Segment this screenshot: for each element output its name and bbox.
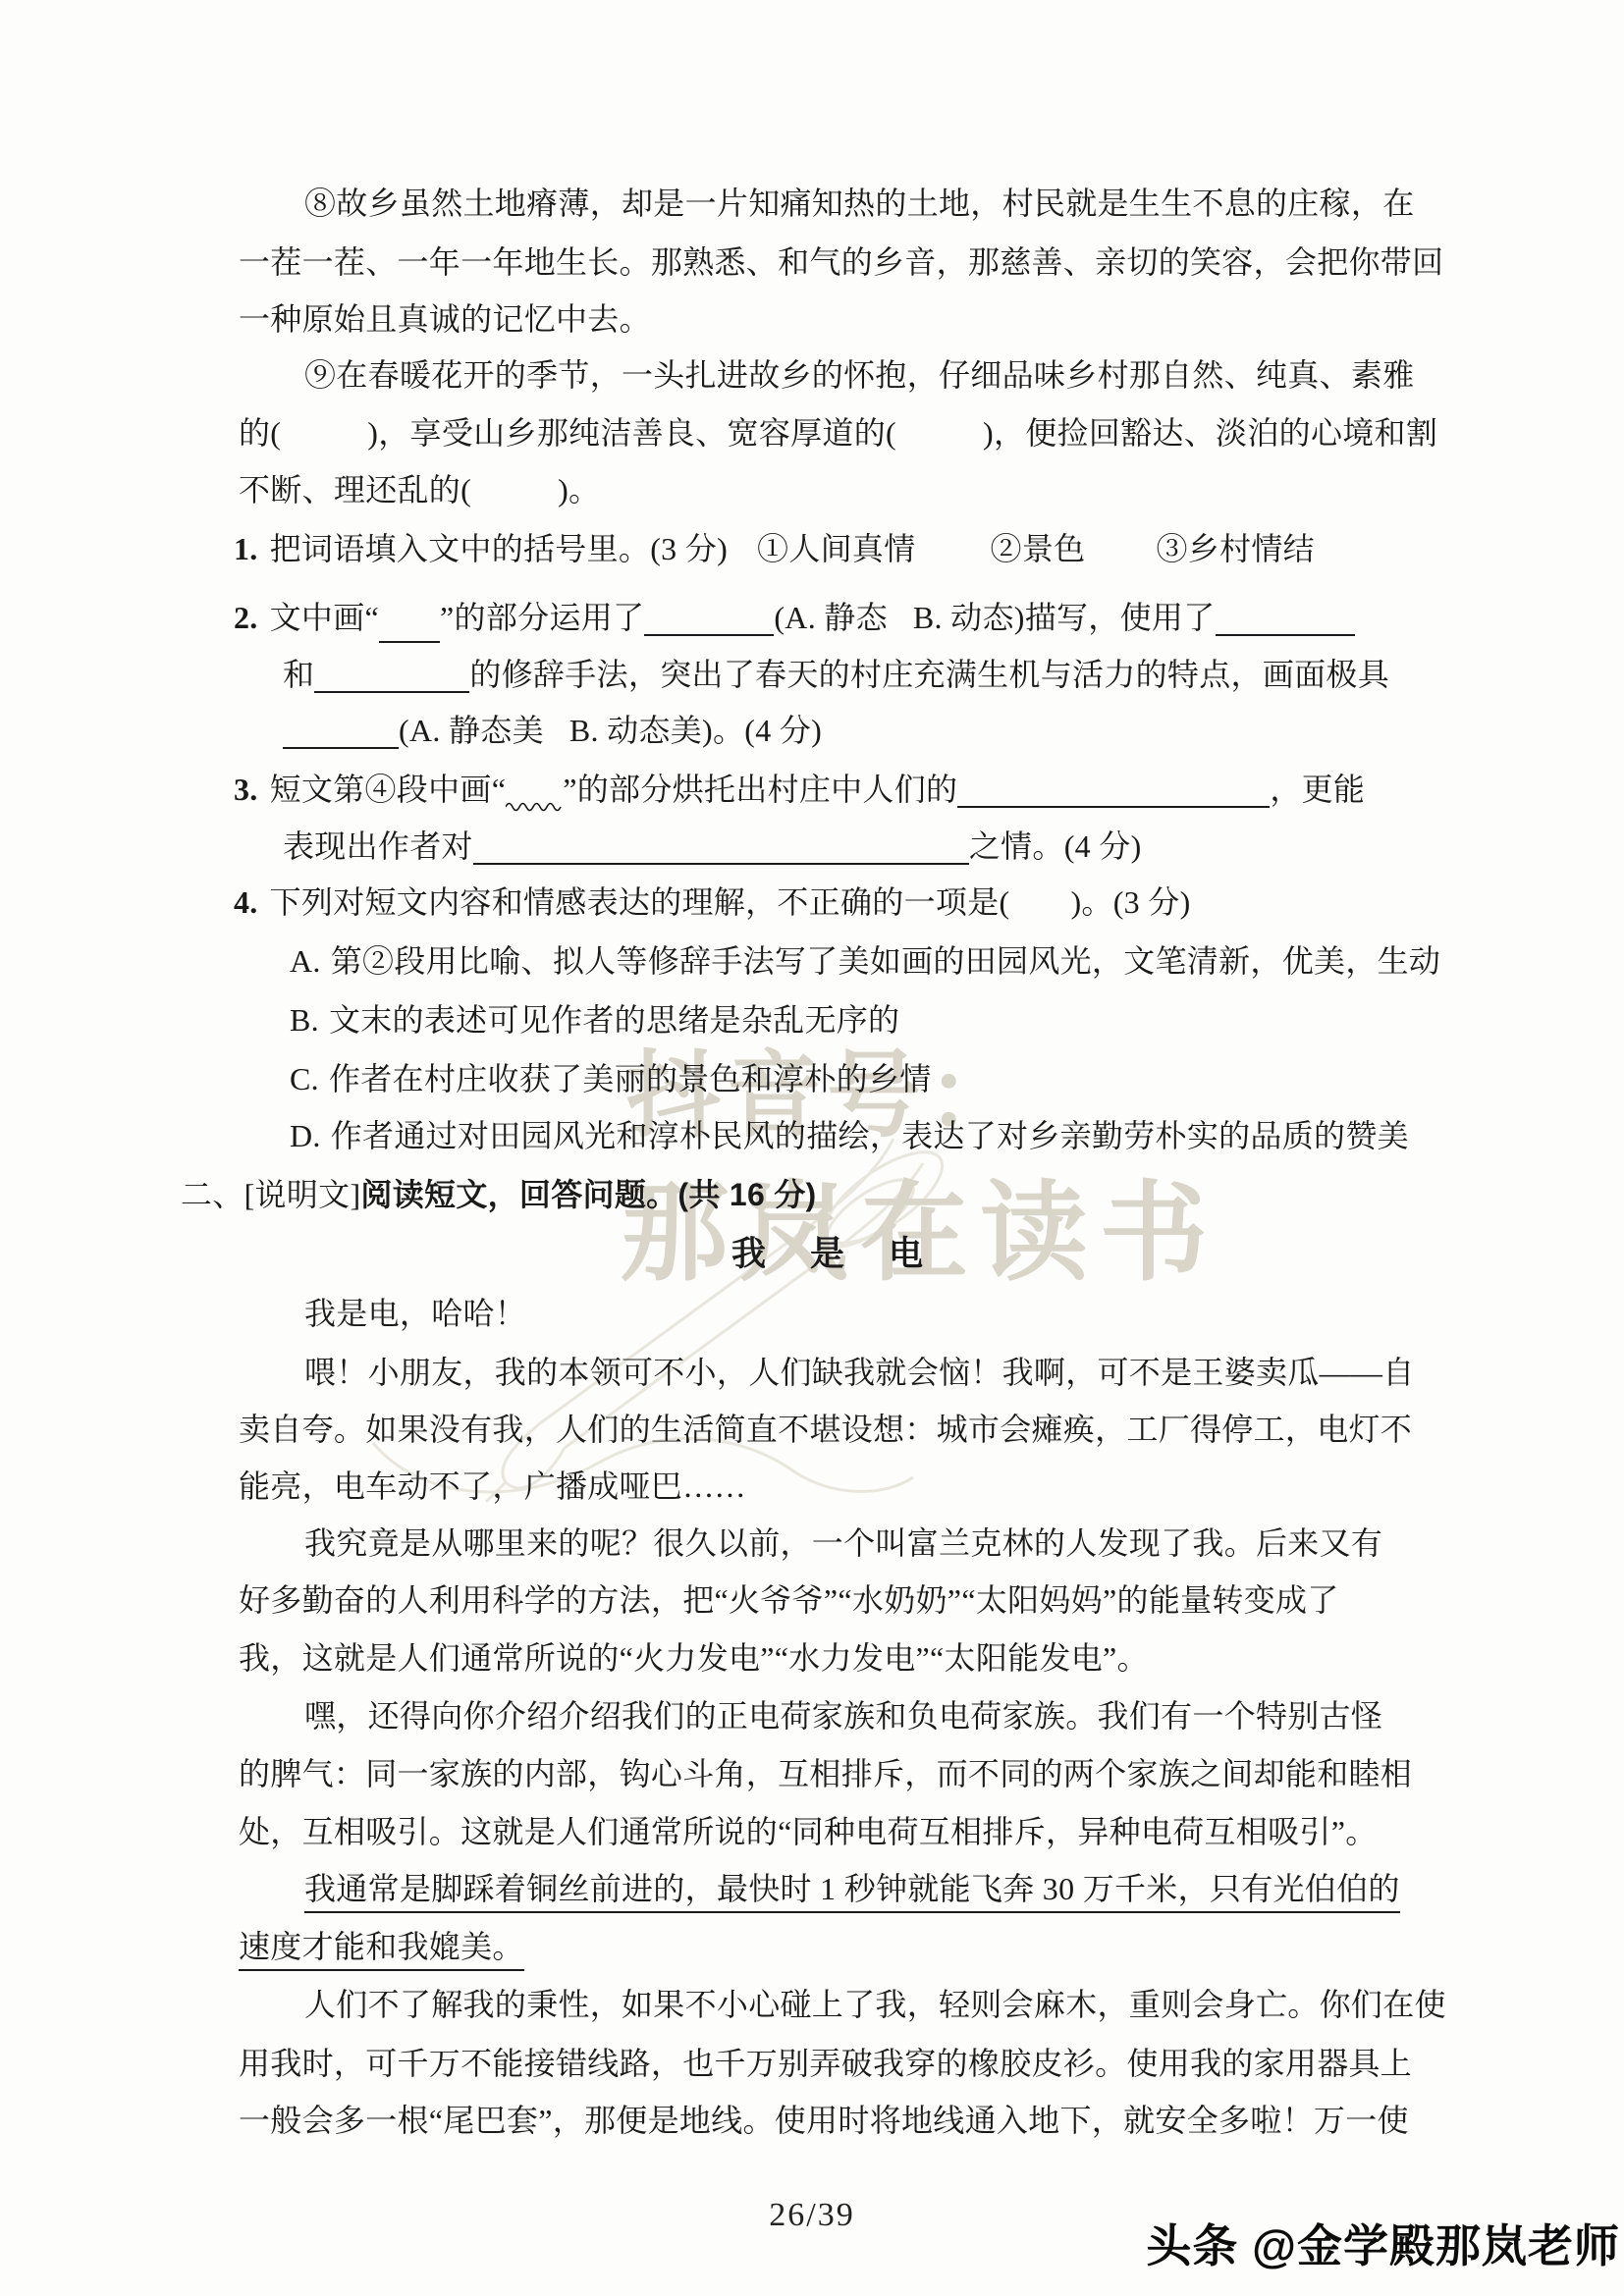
answer-blank (314, 666, 469, 693)
section2-header: 二、[说明文]阅读短文，回答问题。(共 16 分) (181, 1175, 817, 1214)
question2-line2-text: 的修辞手法，突出了春天的村庄充满生机与活力的特点，画面极具 (469, 657, 1389, 692)
answer-blank (957, 780, 1270, 808)
question4-option-b-text: B. (290, 1002, 319, 1038)
question4-option-d-text: 作者通过对田园风光和淳朴民风的描绘，表达了对乡亲勤劳朴实的品质的赞美 (331, 1118, 1409, 1153)
question2-line1-text: 2. (234, 600, 258, 635)
question4-option-a-text: 第②段用比喻、拟人等修辞手法写了美如画的田园风光，文笔清新，优美，生动 (331, 943, 1441, 979)
essay-title-text: 我 是 电 (731, 1235, 928, 1273)
question2-line1: 2.文中画“”的部分运用了(A. 静态B. 动态)描写，使用了 (234, 598, 1355, 643)
essay-para5-line2-underlined-text: 速度才能和我媲美。 (239, 1929, 524, 1971)
para8-line3: 一种原始且真诚的记忆中去。 (239, 299, 651, 339)
essay-para2-line3: 能亮，电车动不了，广播成哑巴…… (239, 1467, 746, 1506)
question2-line1-text: 文中画“ (270, 600, 379, 635)
essay-para2-line3-text: 能亮，电车动不了，广播成哑巴…… (239, 1468, 746, 1504)
question3-line2-text: 之情。(4 分) (969, 828, 1142, 864)
para9-line3-text: 不断、理还乱的( (239, 472, 471, 507)
essay-para1: 我是电，哈哈！ (304, 1294, 526, 1333)
question1-text: ②景色 (991, 531, 1086, 566)
section2-header-text: 阅读短文，回答问题。(共 16 分) (360, 1177, 816, 1212)
question2-line2-text: 和 (283, 657, 314, 692)
essay-para3-line2: 好多勤奋的人利用科学的方法，把“火爷爷”“水奶奶”“太阳妈妈”的能量转变成了 (239, 1580, 1339, 1620)
answer-blank (644, 609, 774, 636)
essay-para2-line1-text: 喂！小朋友，我的本领可不小，人们缺我就会恼！我啊，可不是王婆卖瓜——自 (304, 1355, 1415, 1390)
answer-blank (473, 837, 969, 865)
wavy-line-mark (506, 798, 563, 812)
question3-line1: 3.短文第④段中画“”的部分烘托出村庄中人们的，更能 (234, 770, 1365, 812)
para9-line3: 不断、理还乱的()。 (239, 470, 600, 509)
question3-line1-text: ，更能 (1270, 772, 1365, 807)
question1-text: ③乡村情结 (1156, 531, 1315, 566)
question4: 4.下列对短文内容和情感表达的理解，不正确的一项是()。(3 分) (234, 882, 1191, 922)
essay-para4-line3: 处，互相吸引。这就是人们通常所说的“同种电荷互相排斥，异种电荷互相吸引”。 (239, 1812, 1378, 1851)
question3-line2: 表现出作者对之情。(4 分) (283, 827, 1142, 866)
question3-line1-text: 3. (234, 772, 258, 807)
question2-line1-text: (A. 静态 (774, 600, 888, 635)
essay-para3-line3: 我，这就是人们通常所说的“火力发电”“水力发电”“太阳能发电”。 (239, 1638, 1149, 1678)
question4-text: 4. (234, 884, 258, 920)
para8-line3-text: 一种原始且真诚的记忆中去。 (239, 301, 651, 337)
question1: 1.把词语填入文中的括号里。(3 分)①人间真情②景色③乡村情结 (234, 529, 1315, 568)
essay-para4-line2: 的脾气：同一家族的内部，钩心斗角，互相排斥，而不同的两个家族之间却能和睦相 (239, 1754, 1412, 1793)
essay-para1-text: 我是电，哈哈！ (304, 1296, 526, 1331)
essay-para4-line3-text: 处，互相吸引。这就是人们通常所说的“同种电荷互相排斥，异种电荷互相吸引”。 (239, 1814, 1378, 1849)
para8-line2: 一茬一茬、一年一年地生长。那熟悉、和气的乡音，那慈善、亲切的笑容，会把你带回 (239, 242, 1443, 282)
question2-line3: (A. 静态美B. 动态美)。(4 分) (283, 711, 822, 750)
question4-text: )。(3 分) (1070, 884, 1190, 920)
essay-para6-line3-text: 一般会多一根“尾巴套”，那便是地线。使用时将地线通入地下，就安全多啦！万一使 (239, 2103, 1409, 2138)
essay-para3-line1-text: 我究竟是从哪里来的呢？很久以前，一个叫富兰克林的人发现了我。后来又有 (304, 1525, 1382, 1561)
question4-option-c-text: C. (290, 1061, 319, 1096)
para9-line2-text: )，享受山乡那纯洁善良、宽容厚道的( (367, 415, 896, 451)
essay-para6-line2-text: 用我时，可千万不能接错线路，也千万别弄破我穿的橡胶皮衫。使用我的家用器具上 (239, 2046, 1412, 2081)
question1-text: ①人间真情 (757, 531, 916, 566)
essay-para2-line1: 喂！小朋友，我的本领可不小，人们缺我就会恼！我啊，可不是王婆卖瓜——自 (304, 1353, 1415, 1392)
essay-para2-line2-text: 卖自夸。如果没有我，人们的生活简直不堪设想：城市会瘫痪，工厂得停工，电灯不 (239, 1412, 1412, 1447)
question4-option-d: D.作者通过对田园风光和淳朴民风的描绘，表达了对乡亲勤劳朴实的品质的赞美 (290, 1116, 1409, 1155)
essay-para2-line2: 卖自夸。如果没有我，人们的生活简直不堪设想：城市会瘫痪，工厂得停工，电灯不 (239, 1410, 1412, 1449)
para8-line1-text: ⑧故乡虽然土地瘠薄，却是一片知痛知热的土地，村民就是生生不息的庄稼，在 (304, 186, 1415, 221)
section2-header-text: 二、[说明文] (181, 1177, 360, 1212)
toutiao-watermark: 头条 @金学殿那岚老师 (1146, 2211, 1620, 2275)
text-layer: ⑧故乡虽然土地瘠薄，却是一片知痛知热的土地，村民就是生生不息的庄稼，在一茬一茬、… (0, 0, 1624, 2296)
essay-para3-line3-text: 我，这就是人们通常所说的“火力发电”“水力发电”“太阳能发电”。 (239, 1640, 1149, 1676)
question4-option-b-text: 文末的表述可见作者的思绪是杂乱无序的 (329, 1002, 899, 1038)
question4-option-c-text: 作者在村庄收获了美丽的景色和淳朴的乡情 (329, 1061, 932, 1096)
question2-line1-text: ”的部分运用了 (440, 600, 644, 635)
essay-para6-line2: 用我时，可千万不能接错线路，也千万别弄破我穿的橡胶皮衫。使用我的家用器具上 (239, 2044, 1412, 2083)
para8-line2-text: 一茬一茬、一年一年地生长。那熟悉、和气的乡音，那慈善、亲切的笑容，会把你带回 (239, 244, 1443, 280)
essay-para4-line1: 嘿，还得向你介绍介绍我们的正电荷家族和负电荷家族。我们有一个特别古怪 (304, 1696, 1382, 1735)
essay-para3-line2-text: 好多勤奋的人利用科学的方法，把“火爷爷”“水奶奶”“太阳妈妈”的能量转变成了 (239, 1582, 1339, 1618)
question4-option-d-text: D. (290, 1118, 321, 1153)
para9-line1-text: ⑨在春暖花开的季节，一头扎进故乡的怀抱，仔细品味乡村那自然、纯真、素雅 (304, 357, 1415, 393)
answer-blank (1216, 609, 1355, 636)
essay-para5-line1-underlined: 我通常是脚踩着铜丝前进的，最快时 1 秒钟就能飞奔 30 万千米，只有光伯伯的 (304, 1869, 1400, 1908)
essay-para6-line3: 一般会多一根“尾巴套”，那便是地线。使用时将地线通入地下，就安全多啦！万一使 (239, 2101, 1409, 2140)
question1-text: 把词语填入文中的括号里。(3 分) (270, 531, 728, 566)
question2-line3-text: (A. 静态美 (399, 713, 544, 748)
essay-title: 我 是 电 (731, 1235, 928, 1274)
para8-line1: ⑧故乡虽然土地瘠薄，却是一片知痛知热的土地，村民就是生生不息的庄稼，在 (304, 184, 1415, 223)
question4-text: 下列对短文内容和情感表达的理解，不正确的一项是( (270, 884, 1010, 920)
essay-para3-line1: 我究竟是从哪里来的呢？很久以前，一个叫富兰克林的人发现了我。后来又有 (304, 1523, 1382, 1563)
question2-line3-text: B. 动态美)。(4 分) (569, 713, 822, 748)
para9-line2-text: )，便捡回豁达、淡泊的心境和割 (983, 415, 1437, 451)
question2-line1-text: B. 动态)描写，使用了 (913, 600, 1216, 635)
para9-line3-text: )。 (558, 472, 600, 507)
essay-para6-line1: 人们不了解我的秉性，如果不小心碰上了我，轻则会麻木，重则会身亡。你们在使 (304, 1985, 1446, 2024)
question4-option-a: A.第②段用比喻、拟人等修辞手法写了美如画的田园风光，文笔清新，优美，生动 (290, 941, 1440, 981)
essay-para4-line1-text: 嘿，还得向你介绍介绍我们的正电荷家族和负电荷家族。我们有一个特别古怪 (304, 1698, 1382, 1734)
question2-line2: 和的修辞手法，突出了春天的村庄充满生机与活力的特点，画面极具 (283, 655, 1389, 694)
para9-line2: 的()，享受山乡那纯洁善良、宽容厚道的()，便捡回豁达、淡泊的心境和割 (239, 413, 1437, 453)
essay-para6-line1-text: 人们不了解我的秉性，如果不小心碰上了我，轻则会麻木，重则会身亡。你们在使 (304, 1987, 1446, 2022)
para9-line2-text: 的( (239, 415, 281, 451)
essay-para5-line1-underlined-text: 我通常是脚踩着铜丝前进的，最快时 1 秒钟就能飞奔 30 万千米，只有光伯伯的 (304, 1871, 1400, 1913)
question4-option-c: C.作者在村庄收获了美丽的景色和淳朴的乡情 (290, 1059, 932, 1098)
question4-option-b: B.文末的表述可见作者的思绪是杂乱无序的 (290, 1000, 899, 1040)
essay-para5-line2-underlined: 速度才能和我媲美。 (239, 1927, 524, 1966)
question3-line1-text: 短文第④段中画“ (270, 772, 507, 807)
answer-blank (379, 615, 440, 643)
para9-line1: ⑨在春暖花开的季节，一头扎进故乡的怀抱，仔细品味乡村那自然、纯真、素雅 (304, 355, 1415, 395)
question3-line2-text: 表现出作者对 (283, 828, 473, 864)
essay-para4-line2-text: 的脾气：同一家族的内部，钩心斗角，互相排斥，而不同的两个家族之间却能和睦相 (239, 1756, 1412, 1791)
answer-blank (283, 721, 399, 749)
question1-text: 1. (234, 531, 258, 566)
scanned-test-page: 抖音号： 那岚在读书 ⑧故乡虽然土地瘠薄，却是一片知痛知热的土地，村民就是生生不… (0, 0, 1624, 2296)
question4-option-a-text: A. (290, 943, 321, 979)
question3-line1-text: ”的部分烘托出村庄中人们的 (563, 772, 957, 807)
